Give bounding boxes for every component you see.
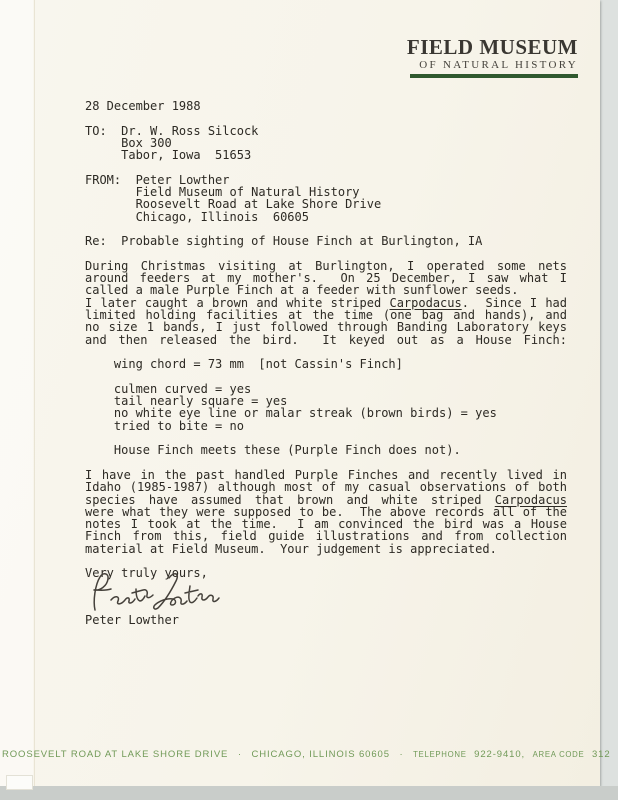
signature-handwriting (86, 568, 226, 614)
footer-address-text: ROOSEVELT ROAD AT LAKE SHORE DRIVE (2, 749, 228, 760)
museum-subtitle: OF NATURAL HISTORY (407, 60, 578, 71)
typed-signature-name: Peter Lowther (85, 614, 179, 626)
footer-smallcaps-text: TELEPHONE (413, 750, 467, 759)
letter-line (85, 248, 567, 260)
paper-edge-strip (0, 0, 33, 786)
letter-line: no size 1 bands, I just followed through… (85, 321, 567, 333)
museum-name: FIELD MUSEUM (407, 36, 578, 58)
letter-line: called a male Purple Finch at a feeder w… (85, 284, 567, 296)
letterhead-rule (410, 74, 578, 78)
letter-line: Roosevelt Road at Lake Shore Drive (85, 198, 567, 210)
footer-separator-dot: · (399, 749, 403, 760)
letter-line: Re: Probable sighting of House Finch at … (85, 235, 567, 247)
letterhead: FIELD MUSEUM OF NATURAL HISTORY (407, 36, 578, 78)
letter-line (85, 371, 567, 383)
footer-address-text: CHICAGO, ILLINOIS 60605 (251, 749, 389, 760)
footer-smallcaps-text: AREA CODE (533, 750, 585, 759)
paper-crease (34, 0, 35, 786)
letter-line: 28 December 1988 (85, 100, 567, 112)
letter-line: no white eye line or malar streak (brown… (85, 407, 567, 419)
letter-line (85, 112, 567, 124)
scan-artifact-chip (6, 775, 33, 790)
letterhead-footer: ROOSEVELT ROAD AT LAKE SHORE DRIVE · CHI… (0, 749, 600, 760)
letter-line: Chicago, Illinois 60605 (85, 211, 567, 223)
letter-line (85, 161, 567, 173)
letter-line: and then released the bird. It keyed out… (85, 334, 567, 346)
footer-address-text: 312 (592, 749, 611, 760)
letter-line: species have assumed that brown and whit… (85, 494, 567, 506)
letter-line: House Finch meets these (Purple Finch do… (85, 444, 567, 456)
letter-line: material at Field Museum. Your judgement… (85, 543, 567, 555)
letter-line: Finch from this, field guide illustratio… (85, 530, 567, 542)
letter-page: FIELD MUSEUM OF NATURAL HISTORY 28 Decem… (0, 0, 600, 786)
letter-line: tried to bite = no (85, 420, 567, 432)
letter-line: Tabor, Iowa 51653 (85, 149, 567, 161)
letter-body: 28 December 1988 TO: Dr. W. Ross Silcock… (85, 100, 567, 580)
letter-line: wing chord = 73 mm [not Cassin's Finch] (85, 358, 567, 370)
footer-separator-dot: · (238, 749, 242, 760)
scan-bottom-band (0, 786, 618, 800)
footer-address-text: 922-9410, (474, 749, 525, 760)
